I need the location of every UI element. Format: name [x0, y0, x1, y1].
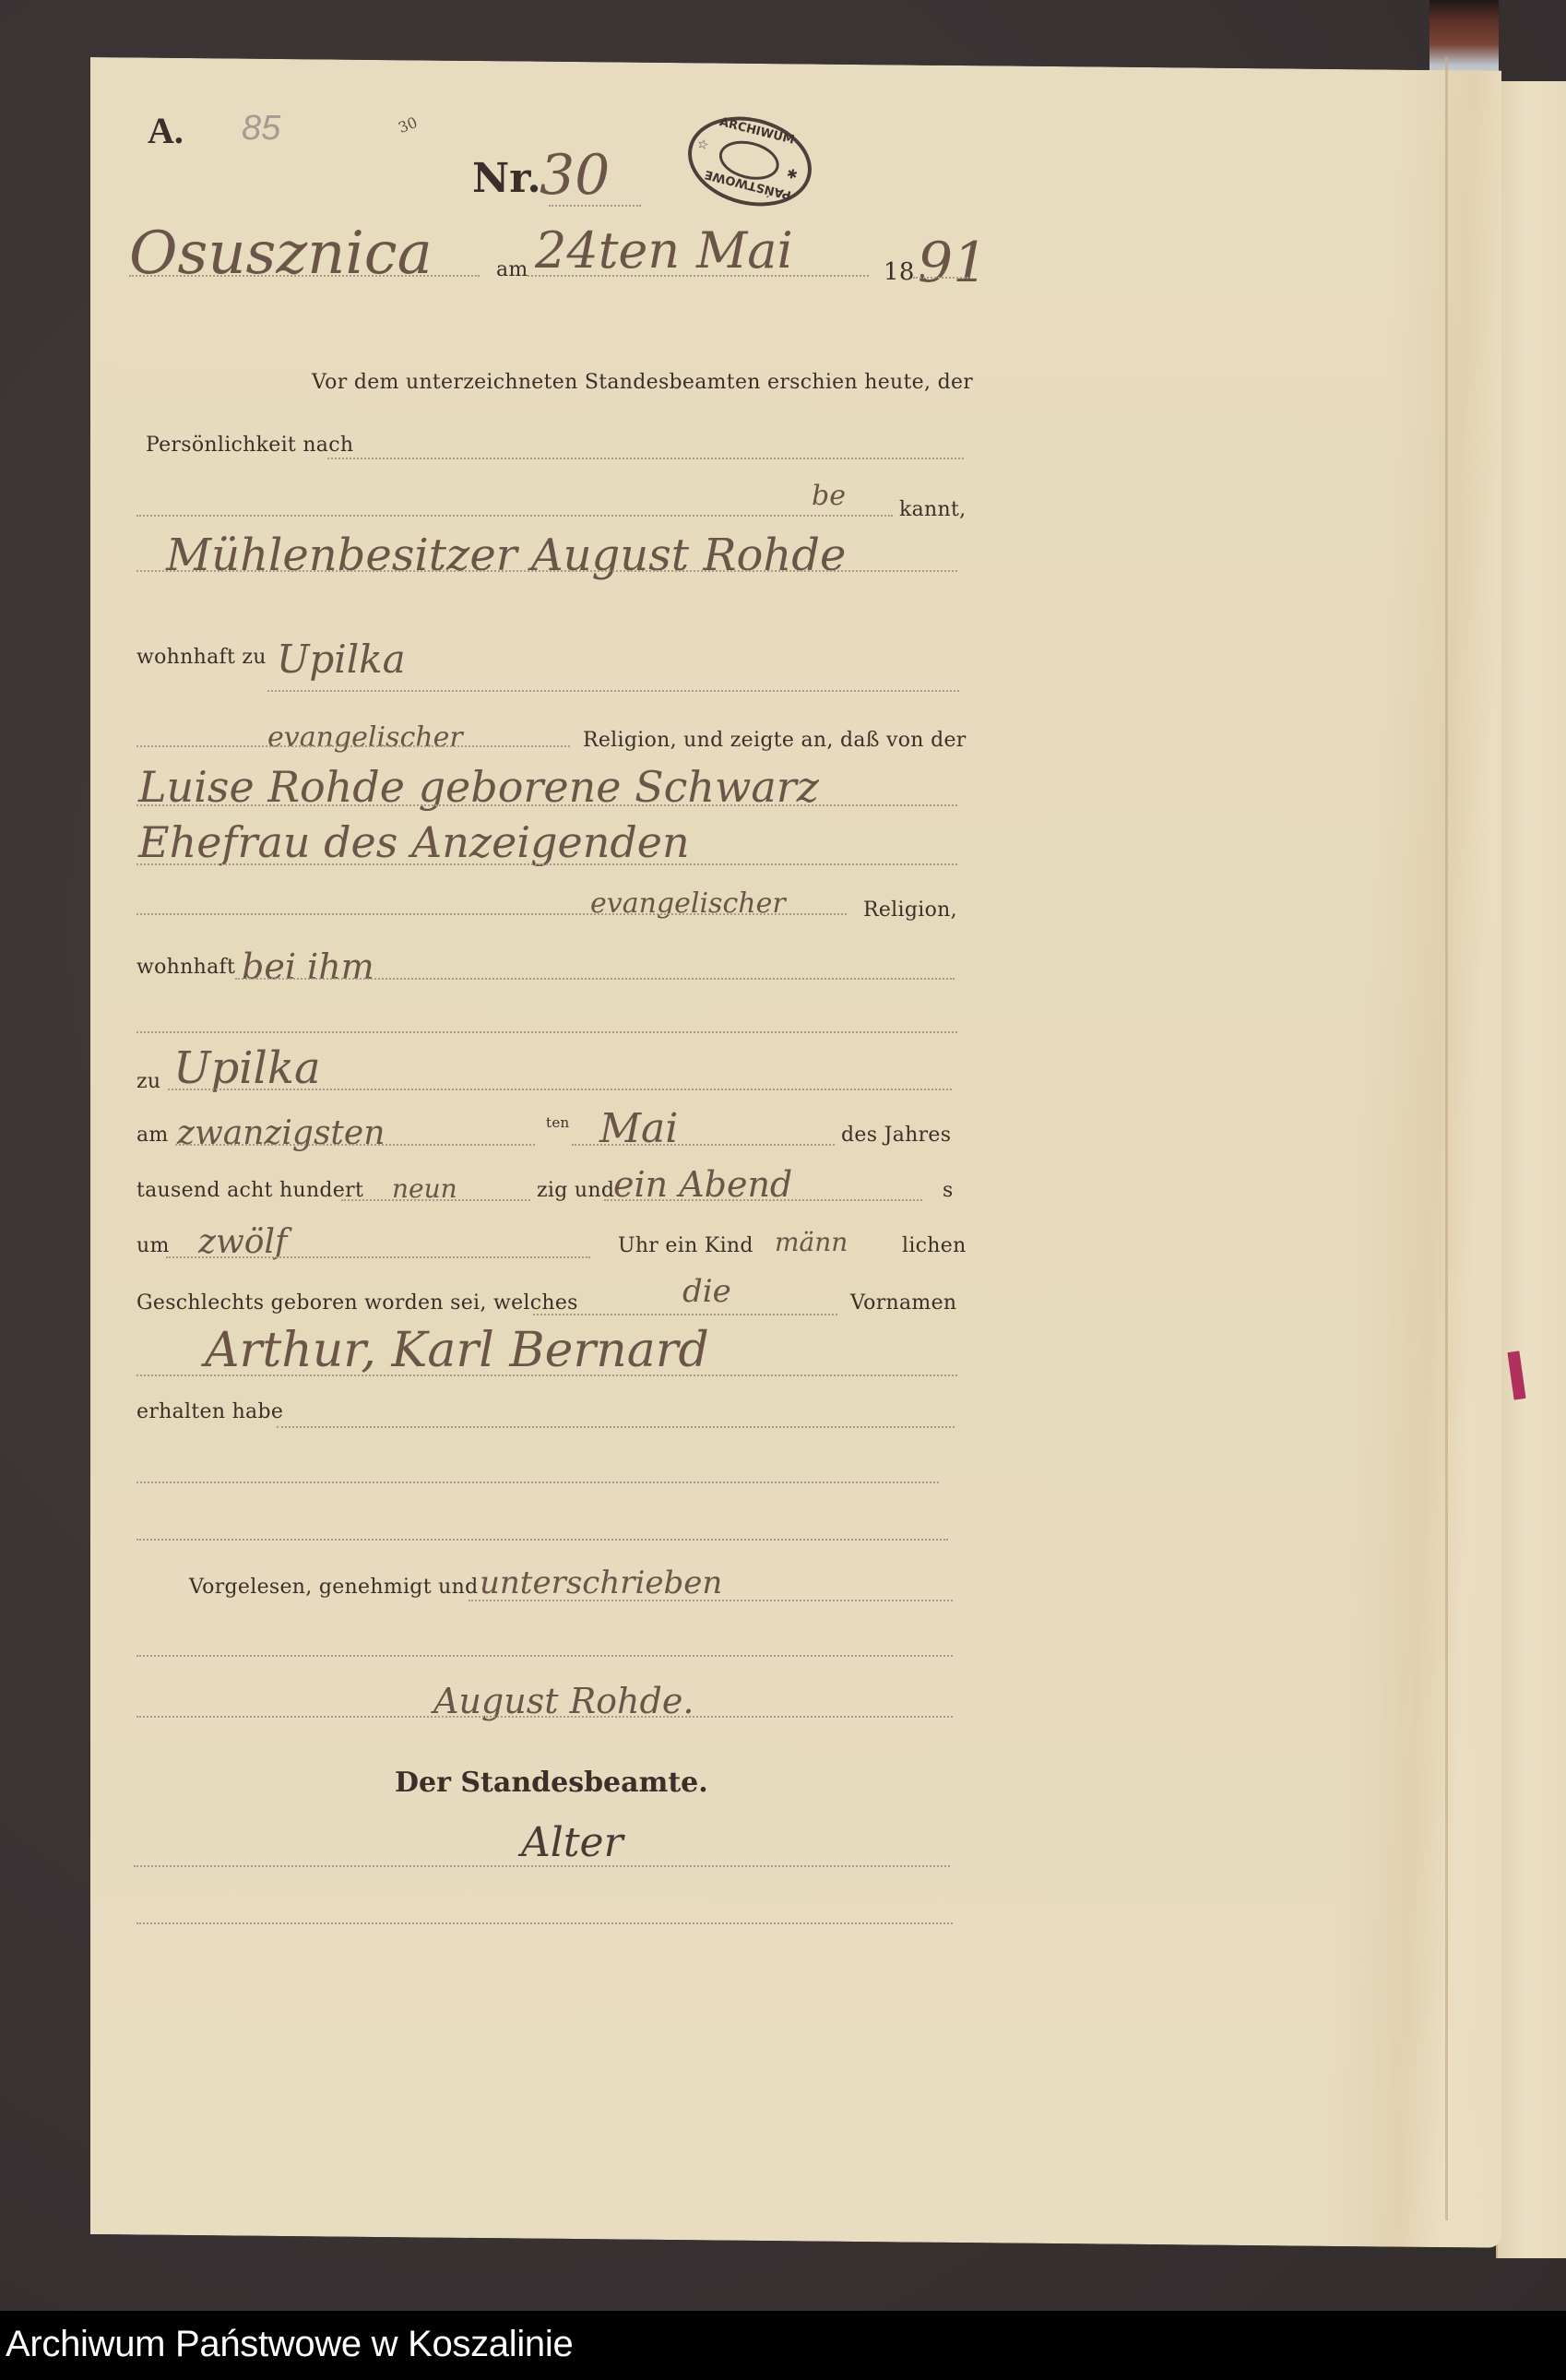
dotted-line: [134, 1865, 950, 1867]
um-label: um: [136, 1234, 170, 1257]
registration-day: 24ten: [535, 221, 680, 280]
informant-residence: Upilka: [277, 637, 406, 682]
dotted-line: [136, 1922, 953, 1924]
registrar-signature: Alter: [521, 1819, 623, 1866]
informant-religion: evangelischer: [267, 721, 463, 754]
bekannt-label: kannt,: [899, 498, 966, 521]
dotted-line: [913, 277, 968, 279]
dotted-line: [136, 1716, 953, 1718]
dotted-line: [136, 913, 847, 915]
dotted-line: [136, 1482, 939, 1483]
dotted-line: [129, 275, 480, 277]
dotted-line: [327, 458, 964, 459]
place-of-registration: Osusznica: [129, 220, 433, 288]
bekannt-handwriting: be: [812, 480, 846, 512]
register-letter: A.: [148, 109, 184, 152]
dotted-line: [136, 570, 957, 572]
dotted-line: [267, 690, 959, 692]
dotted-line: [168, 1089, 952, 1090]
dotted-line: [136, 1655, 953, 1657]
child-sex: männ: [775, 1227, 848, 1257]
vorgelesen-label: Vorgelesen, genehmigt und: [189, 1576, 478, 1599]
adjacent-page-edge: [1496, 81, 1566, 2258]
registration-month: Mai: [696, 221, 793, 280]
page-fold: [1445, 57, 1448, 2220]
dotted-line: [604, 1199, 922, 1201]
dotted-line: [235, 978, 955, 980]
uhr-label: Uhr ein Kind: [618, 1234, 753, 1257]
zig-und-label: zig und: [537, 1179, 614, 1202]
welches-handwriting: die: [682, 1273, 731, 1310]
dotted-line: [549, 205, 641, 207]
dotted-line: [136, 804, 957, 806]
archive-caption-bar: Archiwum Państwowe w Koszalinie: [0, 2311, 1566, 2380]
mother-place: Upilka: [173, 1042, 321, 1094]
year-suffix: 91: [918, 231, 988, 295]
dotted-line: [136, 1539, 948, 1541]
dotted-line: [533, 1314, 837, 1315]
dotted-line: [175, 1144, 535, 1146]
religion-label: Religion,: [863, 898, 957, 922]
religion-statement: Religion, und zeigte an, daß von der: [583, 729, 967, 752]
am-label: am: [136, 1124, 169, 1147]
birth-day: zwanzigsten: [177, 1114, 385, 1152]
archive-caption: Archiwum Państwowe w Koszalinie: [6, 2324, 573, 2365]
book-binding: [1430, 0, 1499, 81]
vornamen-label: Vornamen: [850, 1291, 956, 1315]
dotted-line: [136, 745, 570, 747]
pencil-number: 85: [242, 109, 280, 149]
dotted-line: [572, 1144, 835, 1146]
zu-label: zu: [136, 1070, 160, 1093]
number-label: Nr.: [472, 155, 541, 202]
date-am-label: am: [496, 258, 528, 281]
record-number: 30: [540, 143, 610, 208]
registrar-title: Der Standesbeamte.: [395, 1767, 708, 1799]
wohnhaft-zu-label: wohnhaft zu: [136, 646, 267, 669]
dotted-line: [341, 1199, 530, 1201]
mother-relation: Ehefrau des Anzeigenden: [138, 817, 690, 867]
star-icon: ☆: [695, 137, 710, 154]
lichen-label: lichen: [902, 1234, 967, 1257]
star-icon: ✱: [785, 166, 799, 183]
dotted-line: [136, 1374, 957, 1376]
tausend-label: tausend acht hundert: [136, 1179, 363, 1202]
dotted-line: [277, 1426, 955, 1428]
ten-label: ten: [546, 1114, 569, 1131]
dotted-line: [469, 1600, 953, 1601]
dotted-line: [136, 1031, 957, 1033]
dotted-line: [136, 515, 893, 517]
dotted-line: [528, 275, 869, 277]
dotted-line: [166, 1256, 590, 1258]
geschlechts-label: Geschlechts geboren worden sei, welches: [136, 1291, 578, 1315]
informant-name: Mühlenbesitzer August Rohde: [166, 530, 846, 581]
child-names: Arthur, Karl Bernard: [205, 1323, 709, 1378]
persoenlichkeit-label: Persönlichkeit nach: [146, 434, 353, 457]
intro-text: Vor dem unterzeichneten Standesbeamten e…: [312, 371, 973, 394]
erhalten-label: erhalten habe: [136, 1400, 283, 1423]
mother-residence: bei ihm: [242, 946, 374, 987]
birth-hour: zwölf: [198, 1223, 287, 1261]
s-label: s: [943, 1179, 954, 1202]
dotted-line: [136, 863, 957, 865]
year-prefix: 18: [884, 258, 915, 286]
vorgelesen-handwriting: unterschrieben: [480, 1565, 722, 1601]
wohnhaft-label: wohnhaft: [136, 956, 235, 979]
des-jahres-label: des Jahres: [841, 1124, 951, 1147]
